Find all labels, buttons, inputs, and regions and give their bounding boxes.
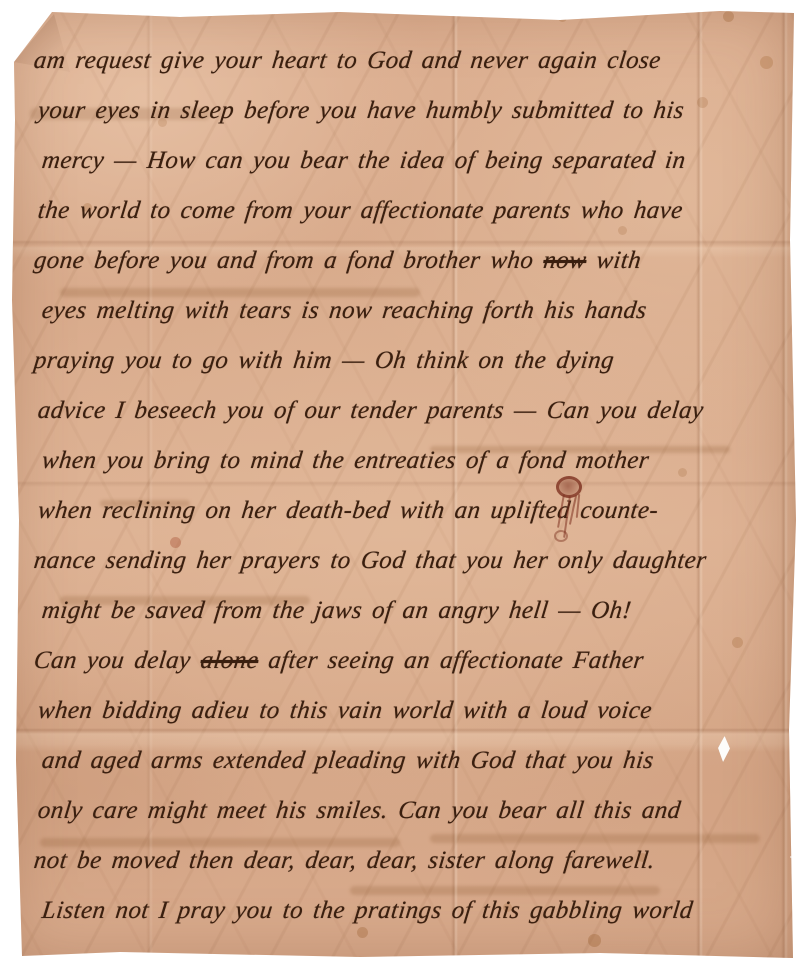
letter-line: praying you to go with him — Oh think on… <box>31 336 779 386</box>
scanned-letter-page: am request give your heart to God and ne… <box>0 0 800 966</box>
foxing-spots <box>0 0 5 5</box>
letter-text: Listen not I pray you to the pratings of… <box>40 897 694 924</box>
letter-text: praying you to go with him — Oh think on… <box>32 347 615 374</box>
letter-text: and aged arms extended pleading with God… <box>40 747 655 774</box>
letter-line: when reclining on her death-bed with an … <box>35 486 779 536</box>
letter-text: eyes melting with tears is now reaching … <box>40 297 648 324</box>
letter-text: with <box>585 247 643 274</box>
letter-text: when bidding adieu to this vain world wi… <box>36 697 653 724</box>
letter-text: might be saved from the jaws of an angry… <box>40 597 633 624</box>
letter-line: Listen not I pray you to the pratings of… <box>39 886 779 936</box>
letter-text: the world to come from your affectionate… <box>36 197 684 224</box>
letter-line: Can you delay alone after seeing an affe… <box>31 636 779 686</box>
letter-line: not be moved then dear, dear, dear, sist… <box>31 836 779 886</box>
letter-line: eyes melting with tears is now reaching … <box>39 286 779 336</box>
letter-body: am request give your heart to God and ne… <box>34 36 776 936</box>
letter-text: nance sending her prayers to God that yo… <box>32 547 708 574</box>
letter-line: only care might meet his smiles. Can you… <box>35 786 779 836</box>
letter-text: gone before you and from a fond brother … <box>32 247 545 274</box>
letter-text: Can you delay <box>32 647 202 674</box>
letter-text: your eyes in sleep before you have humbl… <box>36 97 685 124</box>
letter-text: mercy — How can you bear the idea of bei… <box>40 147 687 174</box>
struck-word: now <box>542 247 588 274</box>
letter-paper: am request give your heart to God and ne… <box>0 0 800 966</box>
letter-line: might be saved from the jaws of an angry… <box>39 586 779 636</box>
ink-blot-loop <box>554 530 568 542</box>
letter-line: when you bring to mind the entreaties of… <box>39 436 779 486</box>
letter-text: after seeing an affectionate Father <box>257 647 646 674</box>
ink-blot <box>548 474 598 544</box>
ink-blot-drip <box>557 494 565 528</box>
struck-word: alone <box>199 647 260 674</box>
letter-text: am request give your heart to God and ne… <box>32 47 662 74</box>
letter-line: mercy — How can you bear the idea of bei… <box>39 136 779 186</box>
letter-line: nance sending her prayers to God that yo… <box>31 536 779 586</box>
letter-line: and aged arms extended pleading with God… <box>39 736 779 786</box>
letter-text: when you bring to mind the entreaties of… <box>40 447 650 474</box>
letter-line: your eyes in sleep before you have humbl… <box>35 86 779 136</box>
letter-text: only care might meet his smiles. Can you… <box>36 797 682 824</box>
letter-text: advice I beseech you of our tender paren… <box>36 397 705 424</box>
letter-line: am request give your heart to God and ne… <box>31 36 779 86</box>
letter-line: the world to come from your affectionate… <box>35 186 779 236</box>
letter-text: not be moved then dear, dear, dear, sist… <box>32 847 656 874</box>
paper-edge-tear <box>790 848 800 866</box>
letter-line: when bidding adieu to this vain world wi… <box>35 686 779 736</box>
letter-line: advice I beseech you of our tender paren… <box>35 386 779 436</box>
letter-line: gone before you and from a fond brother … <box>31 236 779 286</box>
